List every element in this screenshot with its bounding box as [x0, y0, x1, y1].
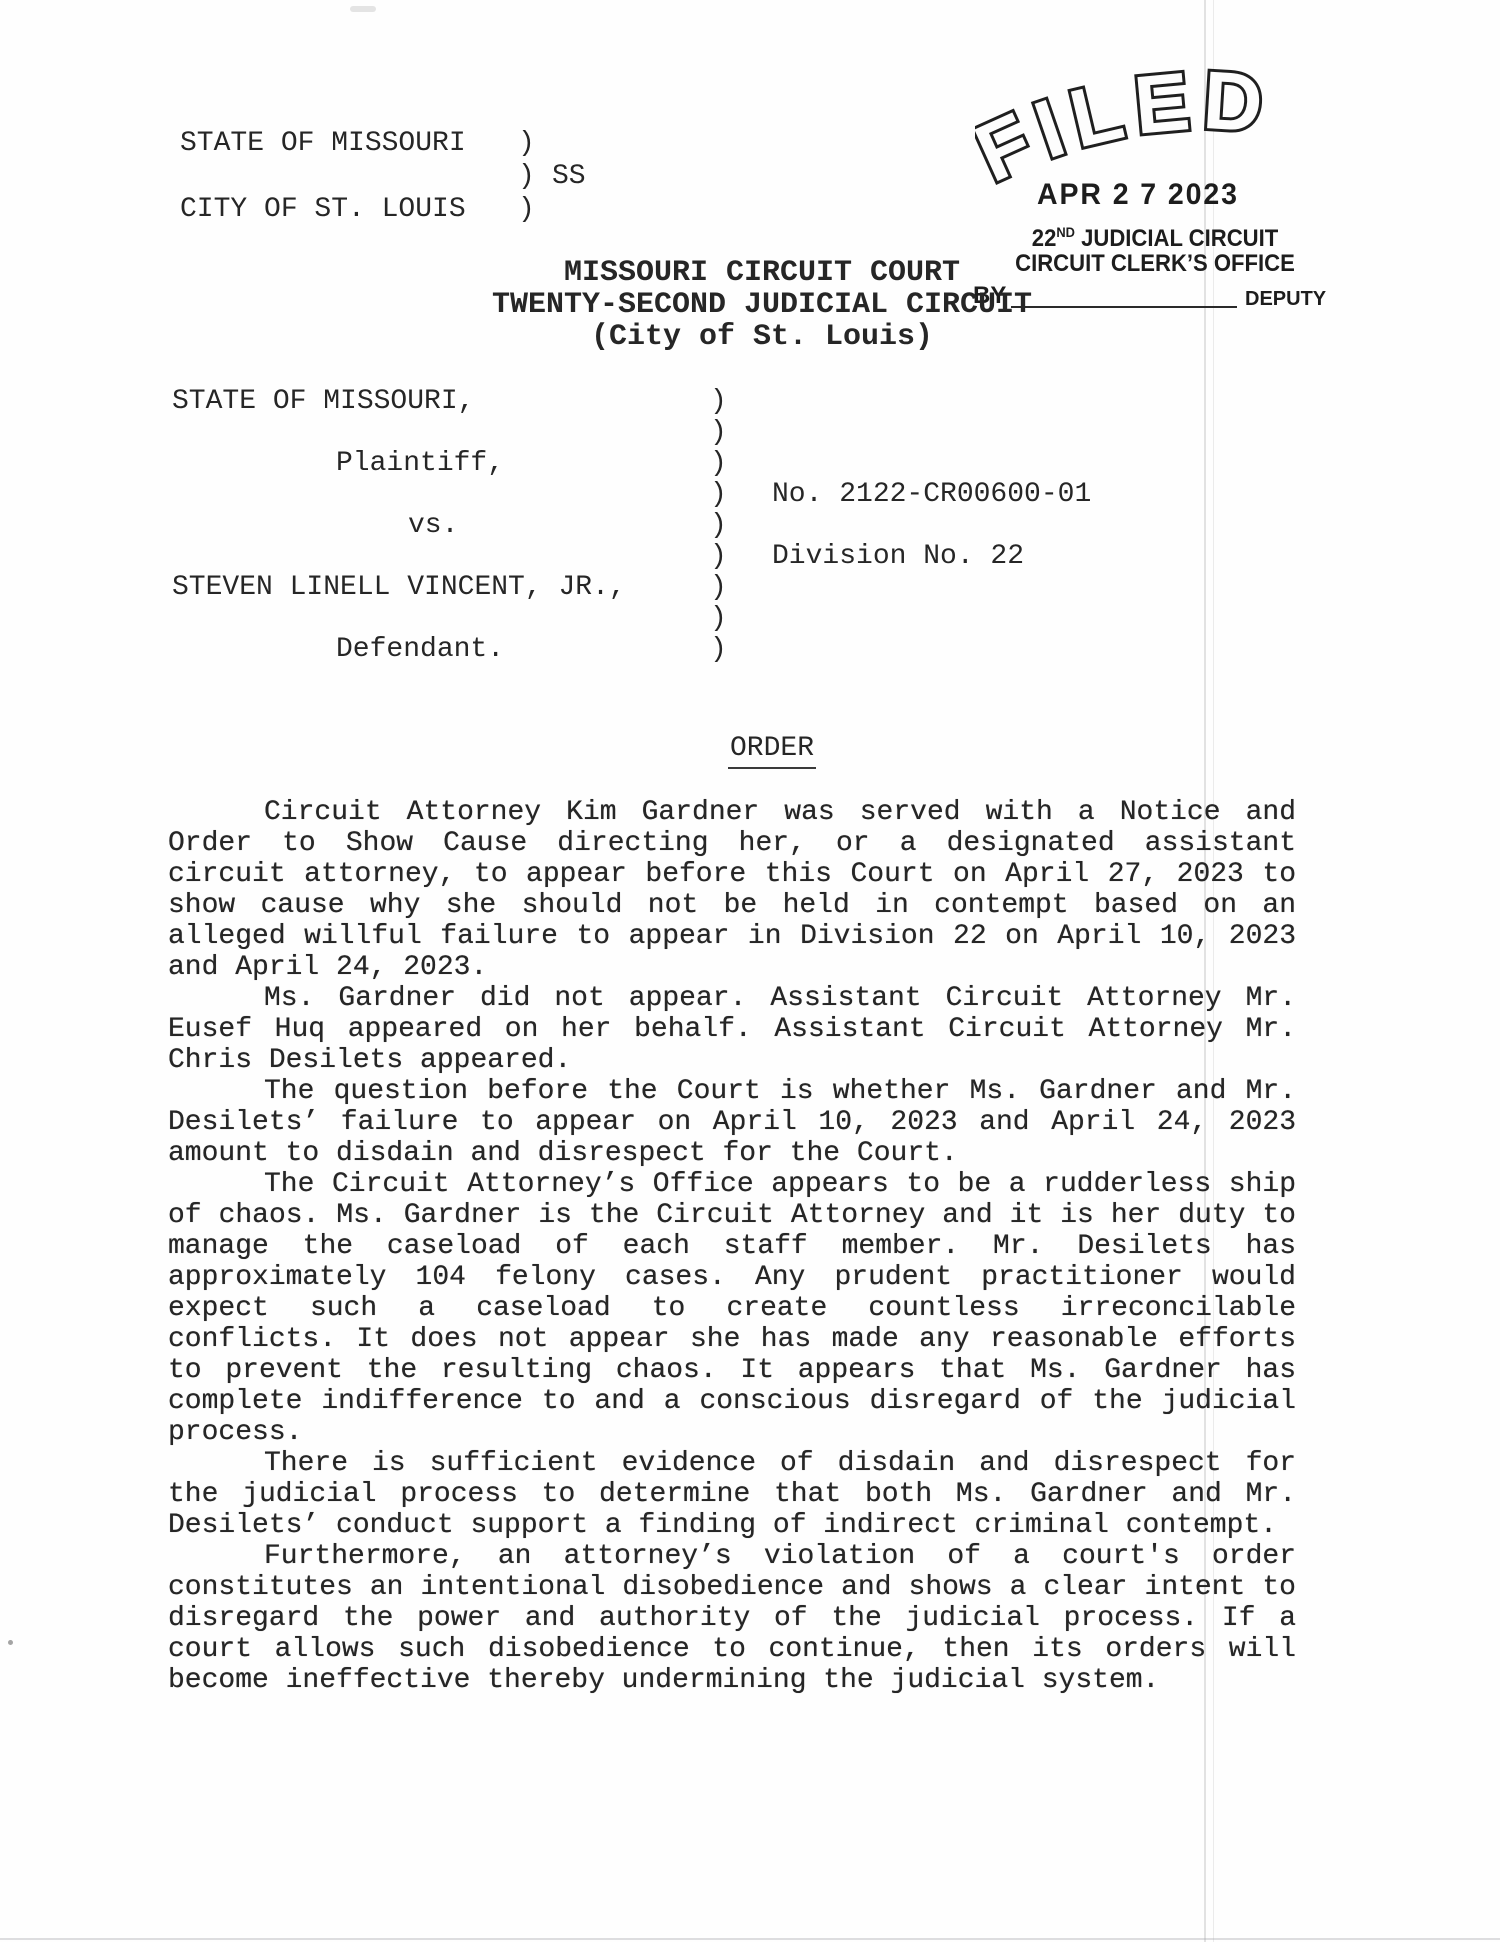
venue-city-row: CITY OF ST. LOUIS ) [180, 194, 466, 227]
paren: ) [710, 634, 727, 665]
paragraph: The Circuit Attorney’s Office appears to… [168, 1169, 1296, 1448]
defendant-name: STEVEN LINELL VINCENT, JR., [172, 572, 626, 603]
caption-row: Defendant. ) [172, 634, 1272, 665]
paren: ) [710, 448, 727, 479]
venue-block: STATE OF MISSOURI ) ) SS CITY OF ST. LOU… [180, 128, 466, 227]
venue-state-row: STATE OF MISSOURI ) [180, 128, 466, 161]
paren: ) [710, 572, 727, 603]
paragraph: Furthermore, an attorney’s violation of … [168, 1541, 1296, 1696]
stamp-court-number: 22 [1032, 225, 1057, 252]
stamp-court-ordinal: ND [1056, 224, 1075, 240]
paren: ) [518, 128, 535, 159]
defendant-label: Defendant. [336, 634, 504, 665]
scan-artifact-smudge [350, 6, 376, 12]
caption-row: ) [172, 417, 1272, 448]
ss-abbreviation: SS [552, 161, 586, 192]
venue-city: CITY OF ST. LOUIS [180, 194, 466, 225]
paren: ) [710, 386, 727, 417]
case-number: No. 2122-CR00600-01 [772, 479, 1091, 510]
caption-row: Plaintiff, ) [172, 448, 1272, 479]
venue-state: STATE OF MISSOURI [180, 128, 466, 159]
scanned-court-order-page: STATE OF MISSOURI ) ) SS CITY OF ST. LOU… [0, 0, 1500, 1942]
court-title-line2: TWENTY-SECOND JUDICIAL CIRCUIT [262, 289, 1262, 321]
versus-label: vs. [408, 510, 458, 541]
court-title: MISSOURI CIRCUIT COURT TWENTY-SECOND JUD… [262, 257, 1262, 353]
case-caption: STATE OF MISSOURI, ) ) Plaintiff, ) ) No… [172, 386, 1272, 665]
order-body: Circuit Attorney Kim Gardner was served … [168, 797, 1296, 1696]
paren: ) [710, 510, 727, 541]
paragraph: The question before the Court is whether… [168, 1076, 1296, 1169]
caption-row: STATE OF MISSOURI, ) [172, 386, 1272, 417]
paragraph: There is sufficient evidence of disdain … [168, 1448, 1296, 1541]
plaintiff-name: STATE OF MISSOURI, [172, 386, 474, 417]
caption-row: ) Division No. 22 [172, 541, 1272, 572]
court-title-line1: MISSOURI CIRCUIT COURT [262, 257, 1262, 289]
paren: ) [710, 417, 727, 448]
paren: ) [518, 161, 535, 192]
caption-row: ) [172, 603, 1272, 634]
paren: ) [710, 479, 727, 510]
stamp-court-rest: JUDICIAL CIRCUIT [1075, 225, 1278, 252]
paren: ) [710, 603, 727, 634]
paren: ) [518, 194, 535, 225]
caption-row: vs. ) [172, 510, 1272, 541]
paragraph: Circuit Attorney Kim Gardner was served … [168, 797, 1296, 983]
stamp-court-line: 22ND JUDICIAL CIRCUIT [989, 224, 1320, 253]
stamp-date: APR 2 7 2023 [1037, 178, 1239, 212]
plaintiff-label: Plaintiff, [336, 448, 504, 479]
caption-row: ) No. 2122-CR00600-01 [172, 479, 1272, 510]
court-title-line3: (City of St. Louis) [262, 321, 1262, 353]
paren: ) [710, 541, 727, 572]
caption-row: STEVEN LINELL VINCENT, JR., ) [172, 572, 1272, 603]
paragraph: Ms. Gardner did not appear. Assistant Ci… [168, 983, 1296, 1076]
scan-artifact-bottom-edge [0, 1938, 1500, 1940]
order-heading: ORDER [728, 733, 816, 769]
venue-ss-row: ) SS [180, 161, 466, 194]
division-number: Division No. 22 [772, 541, 1024, 572]
scan-artifact-dot [8, 1640, 13, 1645]
